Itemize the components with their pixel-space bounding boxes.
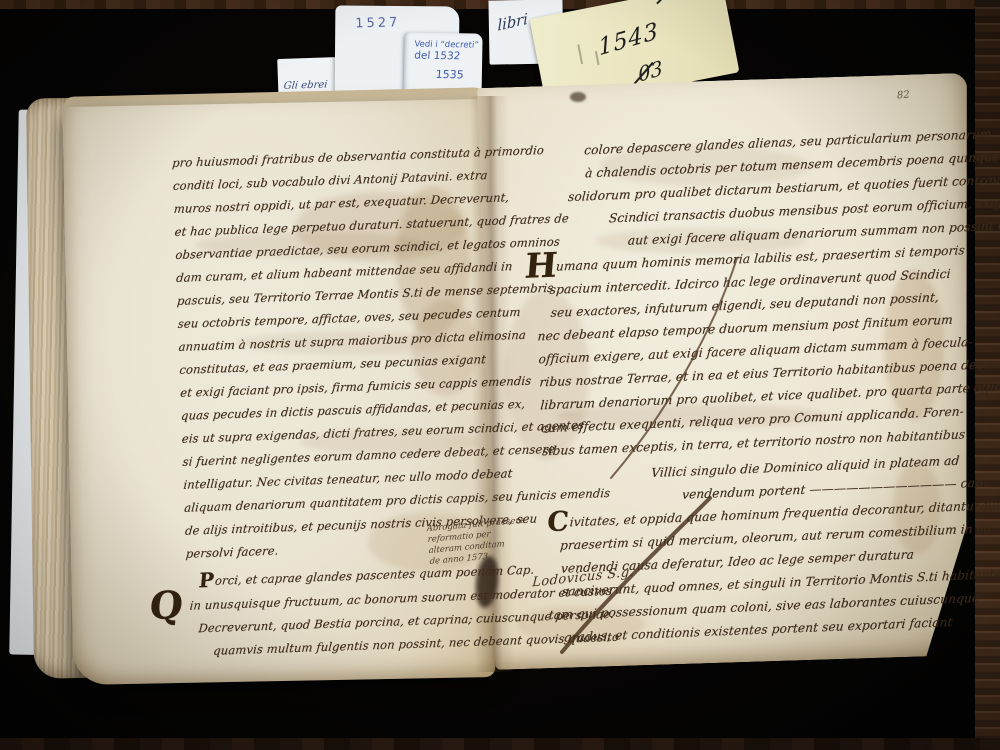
tab-year-secondary: 03: [637, 55, 664, 87]
pen-slash: [656, 0, 698, 4]
tab-note-lines: Vedi i “decreti”del 15321535: [404, 32, 483, 81]
pen-tick: [577, 44, 583, 64]
folio-number: 82: [897, 89, 911, 101]
tab-label: Gli ebrei: [276, 57, 341, 92]
drop-cap: C: [547, 522, 569, 523]
tab-note-line: 1535: [413, 62, 483, 82]
wood-shelf-bottom-edge: [0, 738, 1000, 750]
margin-annotation: Abrogata fuit praesensreformatio peralte…: [426, 516, 521, 568]
tab-year: 1543: [597, 18, 660, 61]
drop-cap: Q: [150, 605, 183, 606]
drop-cap: P: [199, 580, 214, 581]
drop-cap: H: [525, 266, 555, 267]
tab-label: 1527: [355, 15, 400, 31]
left-page-text: pro huiusmodi fratribus de observantia c…: [170, 144, 518, 667]
manuscript-photo: Gli ebrei 1527 Vedi i “decreti”del 15321…: [0, 0, 1000, 750]
